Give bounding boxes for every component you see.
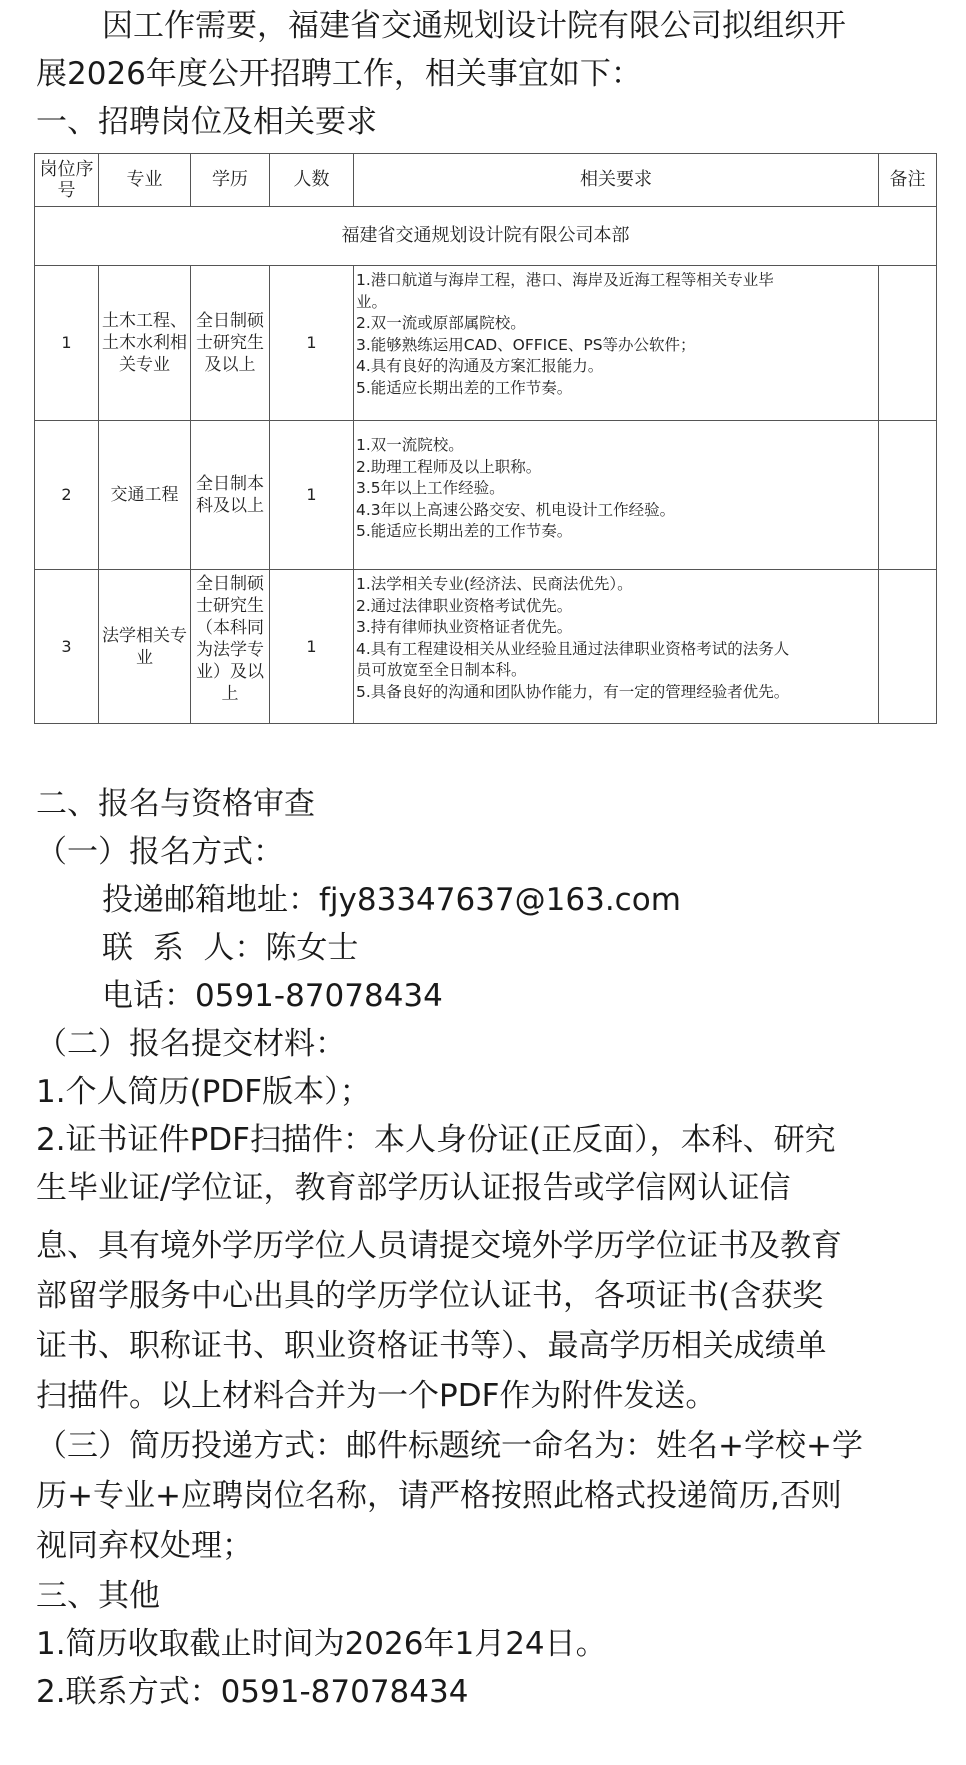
header-seq: 岗位序号 bbox=[35, 154, 99, 207]
sub1-heading: （一）报名方式： bbox=[36, 826, 936, 878]
header-count: 人数 bbox=[270, 154, 354, 207]
contact-person-line: 联 系 人：陈女士 bbox=[102, 922, 966, 974]
section3-heading: 三、其他 bbox=[36, 1570, 936, 1622]
email-line: 投递邮箱地址：fjy83347637@163.com bbox=[102, 874, 966, 926]
requirement-line: 4.3年以上高速公路交安、机电设计工作经验。 bbox=[356, 500, 876, 522]
header-major: 专业 bbox=[99, 154, 191, 207]
contact-phone-line: 2.联系方式：0591-87078434 bbox=[36, 1666, 936, 1718]
row-remarks bbox=[879, 570, 937, 724]
section2-heading: 二、报名与资格审查 bbox=[36, 778, 936, 830]
requirement-line: 2.助理工程师及以上职称。 bbox=[356, 457, 876, 479]
materials-line: 扫描件。以上材料合并为一个PDF作为附件发送。 bbox=[36, 1370, 936, 1422]
row-major: 土木工程、土木水利相关专业 bbox=[99, 266, 191, 421]
table-header-row: 岗位序号 专业 学历 人数 相关要求 备注 bbox=[35, 154, 937, 207]
row-remarks bbox=[879, 266, 937, 421]
office-name: 福建省交通规划设计院有限公司本部 bbox=[35, 207, 937, 266]
row-count: 1 bbox=[270, 421, 354, 570]
row-requirements: 1.港口航道与海岸工程，港口、海岸及近海工程等相关专业毕 业。 2.双一流或原部… bbox=[354, 266, 879, 421]
requirement-line: 4.具有工程建设相关从业经验且通过法律职业资格考试的法务人 bbox=[356, 639, 876, 661]
row-education: 全日制本科及以上 bbox=[191, 421, 270, 570]
table-row: 1 土木工程、土木水利相关专业 全日制硕士研究生及以上 1 1.港口航道与海岸工… bbox=[35, 266, 937, 421]
section1-heading: 一、招聘岗位及相关要求 bbox=[36, 96, 936, 148]
row-education: 全日制硕士研究生（本科同为法学专业）及以上 bbox=[191, 570, 270, 724]
intro-line-1: 因工作需要，福建省交通规划设计院有限公司拟组织开 bbox=[36, 0, 966, 52]
requirement-line: 2.双一流或原部属院校。 bbox=[356, 313, 876, 335]
phone-line: 电话：0591-87078434 bbox=[102, 970, 966, 1022]
recruitment-table: 岗位序号 专业 学历 人数 相关要求 备注 福建省交通规划设计院有限公司本部 1… bbox=[34, 153, 937, 724]
row-education: 全日制硕士研究生及以上 bbox=[191, 266, 270, 421]
submission-method-line: 历+专业+应聘岗位名称，请严格按照此格式投递简历,否则 bbox=[36, 1470, 936, 1522]
requirement-line: 3.能够熟练运用CAD、OFFICE、PS等办公软件； bbox=[356, 335, 876, 357]
row-seq: 3 bbox=[35, 570, 99, 724]
row-requirements: 1.双一流院校。 2.助理工程师及以上职称。 3.5年以上工作经验。 4.3年以… bbox=[354, 421, 879, 570]
requirement-line: 3.持有律师执业资格证者优先。 bbox=[356, 617, 876, 639]
submission-method-line: 视同弃权处理； bbox=[36, 1520, 936, 1572]
submission-method-line: （三）简历投递方式：邮件标题统一命名为：姓名+学校+学 bbox=[36, 1420, 936, 1472]
requirement-line: 1.港口航道与海岸工程，港口、海岸及近海工程等相关专业毕 bbox=[356, 270, 876, 292]
materials-line: 证书、职称证书、职业资格证书等）、最高学历相关成绩单 bbox=[36, 1320, 936, 1372]
materials-line: 2.证书证件PDF扫描件：本人身份证(正反面），本科、研究 bbox=[36, 1114, 936, 1166]
requirement-line: 1.法学相关专业(经济法、民商法优先）。 bbox=[356, 574, 876, 596]
requirement-line: 1.双一流院校。 bbox=[356, 435, 876, 457]
materials-line: 1.个人简历(PDF版本）； bbox=[36, 1066, 936, 1118]
row-count: 1 bbox=[270, 266, 354, 421]
requirement-line: 5.能适应长期出差的工作节奏。 bbox=[356, 378, 876, 400]
deadline-line: 1.简历收取截止时间为2026年1月24日。 bbox=[36, 1618, 936, 1670]
requirement-line: 员可放宽至全日制本科。 bbox=[356, 660, 876, 682]
office-row: 福建省交通规划设计院有限公司本部 bbox=[35, 207, 937, 266]
materials-line: 息、具有境外学历学位人员请提交境外学历学位证书及教育 bbox=[36, 1220, 936, 1272]
sub2-heading: （二）报名提交材料： bbox=[36, 1018, 936, 1070]
row-seq: 1 bbox=[35, 266, 99, 421]
header-remarks: 备注 bbox=[879, 154, 937, 207]
intro-line-2: 展2026年度公开招聘工作，相关事宜如下： bbox=[36, 48, 936, 100]
row-major: 交通工程 bbox=[99, 421, 191, 570]
requirement-line: 5.具备良好的沟通和团队协作能力，有一定的管理经验者优先。 bbox=[356, 682, 876, 704]
row-major: 法学相关专业 bbox=[99, 570, 191, 724]
row-seq: 2 bbox=[35, 421, 99, 570]
table-row: 3 法学相关专业 全日制硕士研究生（本科同为法学专业）及以上 1 1.法学相关专… bbox=[35, 570, 937, 724]
row-remarks bbox=[879, 421, 937, 570]
requirement-line: 5.能适应长期出差的工作节奏。 bbox=[356, 521, 876, 543]
materials-line: 部留学服务中心出具的学历学位认证书，各项证书(含获奖 bbox=[36, 1270, 936, 1322]
header-education: 学历 bbox=[191, 154, 270, 207]
requirement-line: 2.通过法律职业资格考试优先。 bbox=[356, 596, 876, 618]
requirement-line: 业。 bbox=[356, 292, 876, 314]
row-requirements: 1.法学相关专业(经济法、民商法优先）。 2.通过法律职业资格考试优先。 3.持… bbox=[354, 570, 879, 724]
requirement-line: 4.具有良好的沟通及方案汇报能力。 bbox=[356, 356, 876, 378]
materials-line: 生毕业证/学位证，教育部学历认证报告或学信网认证信 bbox=[36, 1162, 936, 1214]
table-row: 2 交通工程 全日制本科及以上 1 1.双一流院校。 2.助理工程师及以上职称。… bbox=[35, 421, 937, 570]
row-count: 1 bbox=[270, 570, 354, 724]
header-requirements: 相关要求 bbox=[354, 154, 879, 207]
requirement-line: 3.5年以上工作经验。 bbox=[356, 478, 876, 500]
